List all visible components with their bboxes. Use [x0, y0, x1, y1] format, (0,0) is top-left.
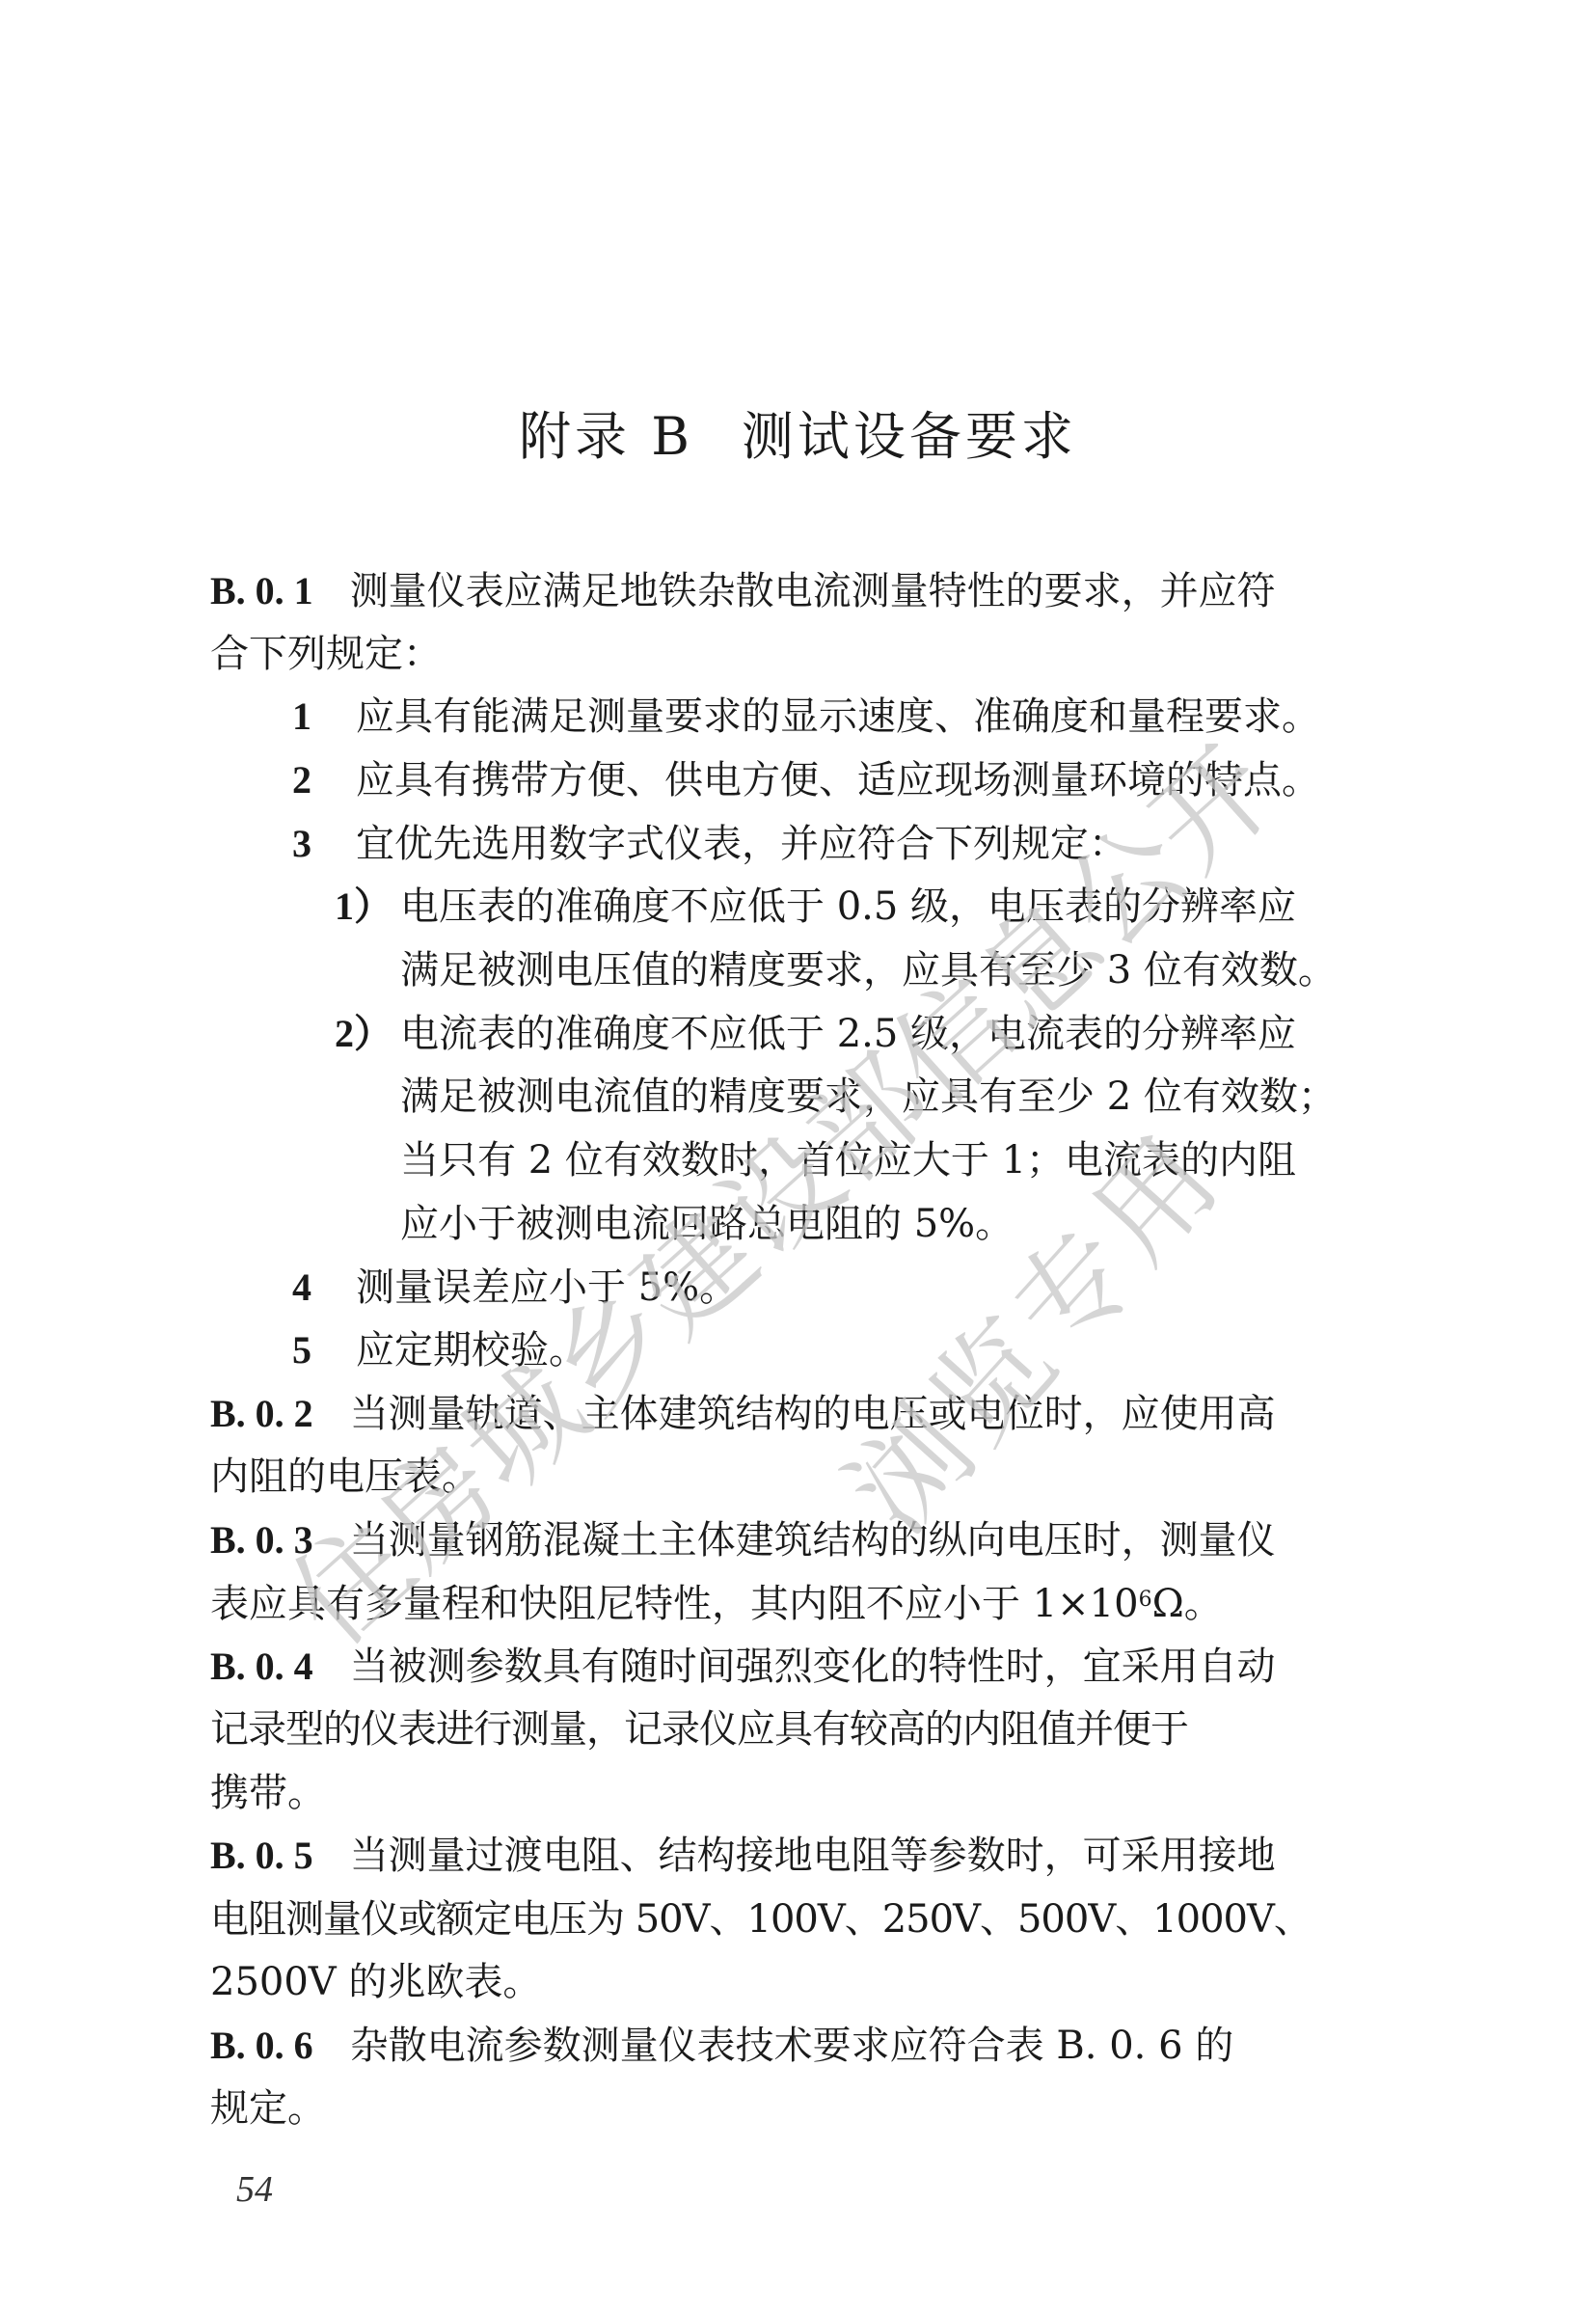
- sub-item-1-line2: 满足被测电压值的精度要求，应具有至少 3 位有效数。: [400, 946, 1337, 994]
- sub-item-1-line1: 1）电压表的准确度不应低于 0.5 级，电压表的分辨率应: [335, 883, 1296, 931]
- appendix-heading: 测试设备要求: [742, 406, 1077, 467]
- page-number: 54: [236, 2168, 273, 2211]
- appendix-label: 附录 B: [519, 406, 693, 467]
- clause-number: B. 0. 3: [210, 1518, 313, 1562]
- clause-b06-line1: B. 0. 6杂散电流参数测量仪表技术要求应符合表 B. 0. 6 的: [210, 2022, 1233, 2070]
- clause-number: B. 0. 1: [210, 569, 313, 612]
- appendix-title: 附录 B测试设备要求: [0, 395, 1596, 470]
- sub-item-2-line4: 应小于被测电流回路总电阻的 5%。: [400, 1200, 1014, 1248]
- clause-b05-line2: 电阻测量仪或额定电压为 50V、100V、250V、500V、1000V、: [210, 1895, 1312, 1944]
- clause-b01-line1: B. 0. 1测量仪表应满足地铁杂散电流测量特性的要求，并应符: [210, 567, 1276, 615]
- clause-number: B. 0. 4: [210, 1645, 313, 1688]
- clause-b05-line1: B. 0. 5当测量过渡电阻、结构接地电阻等参数时，可采用接地: [210, 1832, 1276, 1880]
- list-item-2: 2应具有携带方便、供电方便、适应现场测量环境的特点。: [292, 756, 1320, 804]
- exponent: 6: [1139, 1588, 1152, 1612]
- sub-item-2-line3: 当只有 2 位有效数时，首位应大于 1；电流表的内阻: [400, 1136, 1296, 1184]
- list-item-3: 3宜优先选用数字式仪表，并应符合下列规定：: [292, 820, 1127, 868]
- document-page: 附录 B测试设备要求 B. 0. 1测量仪表应满足地铁杂散电流测量特性的要求，并…: [0, 0, 1596, 2311]
- clause-number: B. 0. 6: [210, 2024, 313, 2067]
- sub-item-2-line2: 满足被测电流值的精度要求，应具有至少 2 位有效数；: [400, 1073, 1337, 1121]
- clause-b04-line3: 携带。: [210, 1769, 326, 1817]
- clause-b02-line2: 内阻的电压表。: [210, 1453, 480, 1501]
- sub-item-2-line1: 2）电流表的准确度不应低于 2.5 级，电流表的分辨率应: [335, 1010, 1296, 1058]
- clause-b03-line2: 表应具有多量程和快阻尼特性，其内阻不应小于 1×106Ω。: [210, 1580, 1223, 1628]
- clause-b04-line2: 记录型的仪表进行测量，记录仪应具有较高的内阻值并便于: [210, 1705, 1188, 1754]
- clause-b05-line3: 2500V 的兆欧表。: [210, 1958, 541, 2006]
- clause-number: B. 0. 5: [210, 1834, 313, 1877]
- list-item-4: 4测量误差应小于 5%。: [292, 1264, 738, 1312]
- clause-b01-line2: 合下列规定：: [210, 630, 442, 678]
- list-item-1: 1应具有能满足测量要求的显示速度、准确度和量程要求。: [292, 693, 1320, 741]
- clause-b04-line1: B. 0. 4当被测参数具有随时间强烈变化的特性时，宜采用自动: [210, 1643, 1276, 1691]
- clause-text: 测量仪表应满足地铁杂散电流测量特性的要求，并应符: [350, 569, 1276, 613]
- clause-b03-line1: B. 0. 3当测量钢筋混凝土主体建筑结构的纵向电压时，测量仪: [210, 1516, 1276, 1564]
- list-item-5: 5应定期校验。: [292, 1326, 587, 1374]
- clause-b06-line2: 规定。: [210, 2084, 326, 2133]
- clause-b02-line1: B. 0. 2当测量轨道、主体建筑结构的电压或电位时，应使用高: [210, 1390, 1276, 1438]
- clause-number: B. 0. 2: [210, 1392, 313, 1435]
